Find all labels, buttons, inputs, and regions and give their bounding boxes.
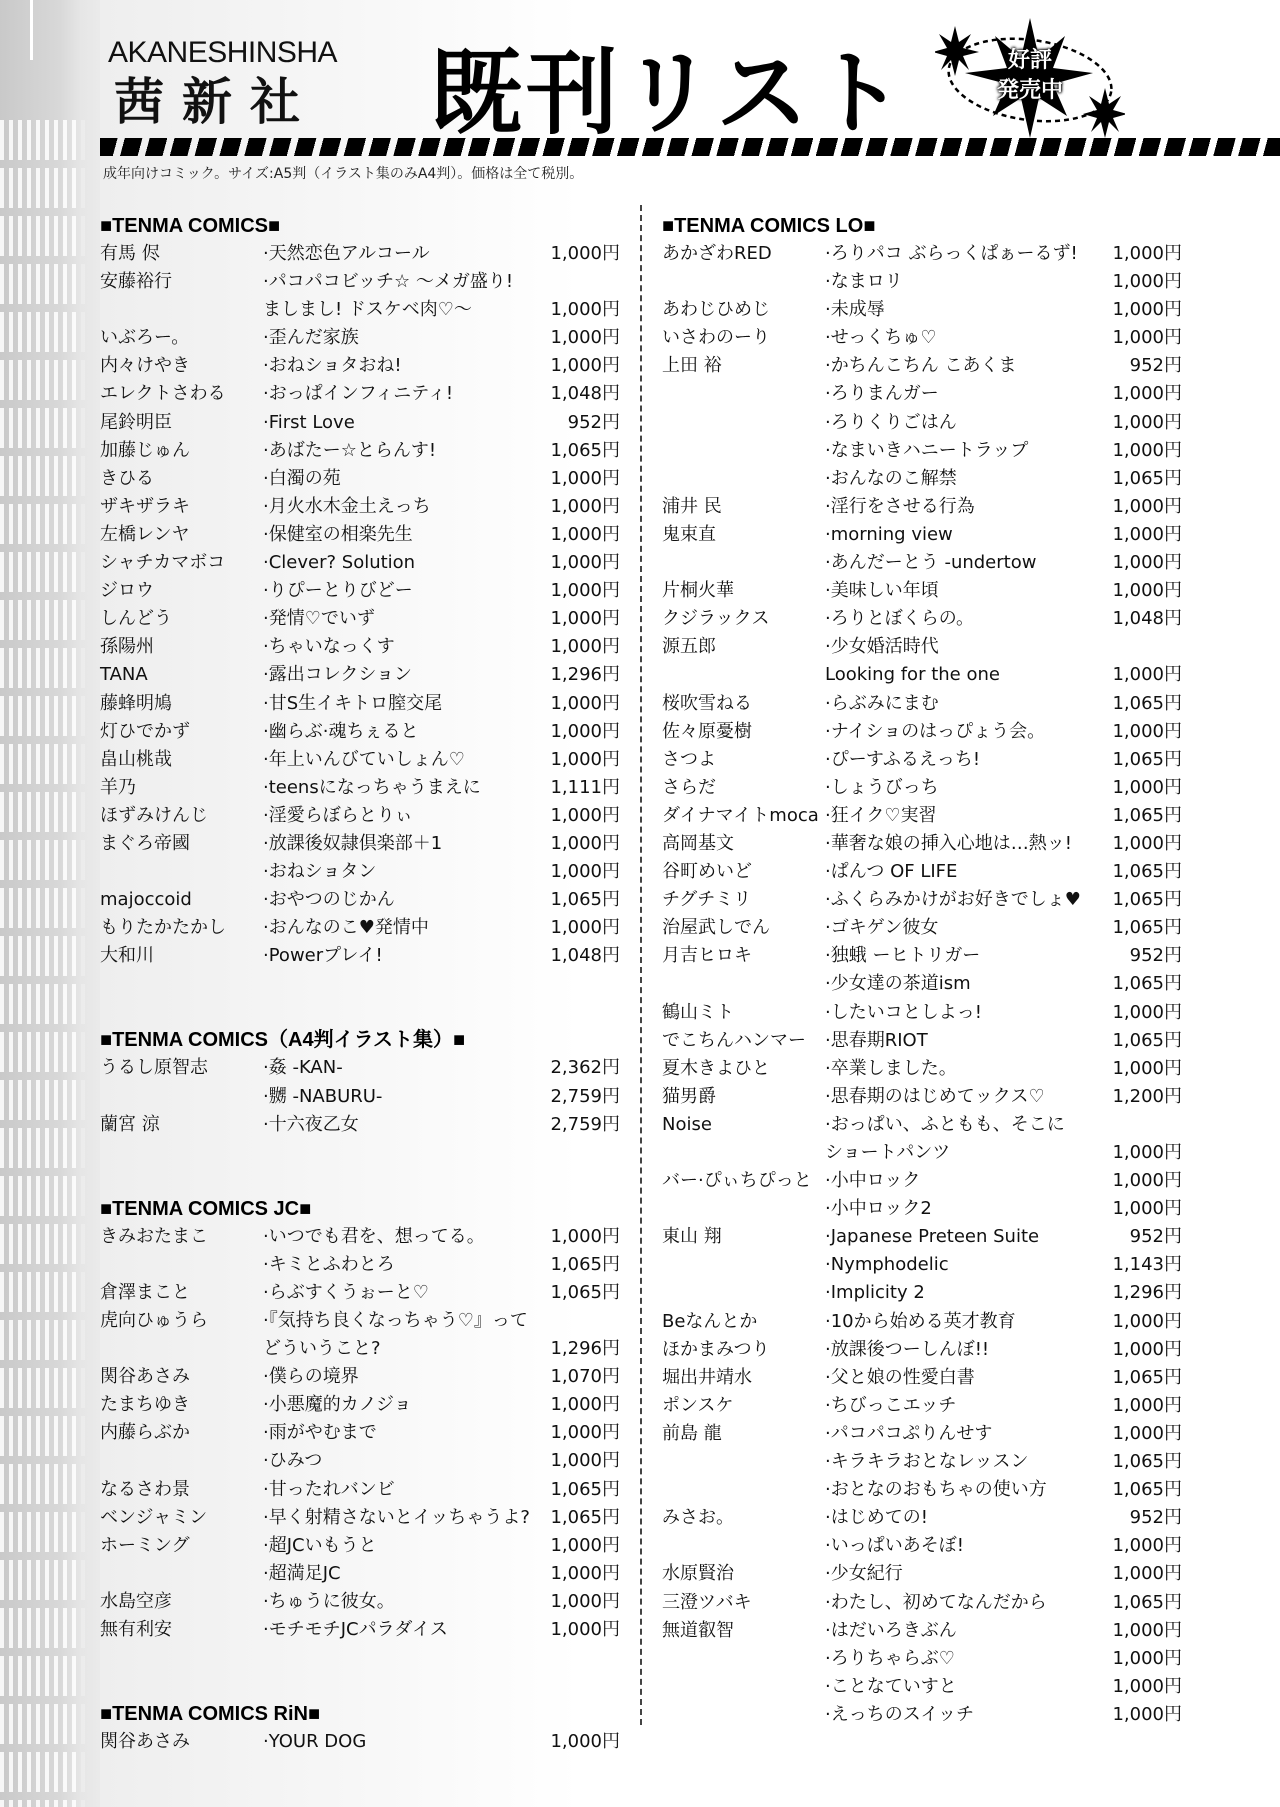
book-price: 952円: [1102, 1504, 1182, 1532]
author-name: [662, 1673, 825, 1701]
book-title: ·美味しい年頃: [825, 577, 1102, 605]
book-title: ·モチモチJCパラダイス: [263, 1616, 540, 1644]
book-title: ·少女紀行: [825, 1560, 1102, 1588]
book-price: 1,000円: [540, 521, 620, 549]
catalog-row: 東山 翔·Japanese Preteen Suite952円: [662, 1223, 1182, 1251]
book-price: 952円: [1102, 942, 1182, 970]
book-price: 1,065円: [1102, 802, 1182, 830]
book-title: ·あんだーとう -undertow: [825, 549, 1102, 577]
catalog-row: シャチカマボコ·Clever? Solution1,000円: [100, 549, 620, 577]
author-name: 関谷あさみ: [100, 1363, 263, 1391]
author-name: 倉澤まこと: [100, 1279, 263, 1307]
book-price: 1,065円: [1102, 465, 1182, 493]
catalog-row: きみおたまこ·いつでも君を、想ってる。1,000円: [100, 1223, 620, 1251]
book-price: 952円: [1102, 352, 1182, 380]
book-price: 1,065円: [540, 886, 620, 914]
catalog-row: 無有利安·モチモチJCパラダイス1,000円: [100, 1616, 620, 1644]
book-title: ·歪んだ家族: [263, 324, 540, 352]
book-title: ·姦 -KAN-: [263, 1054, 540, 1082]
catalog-row: ·おんなのこ解禁1,065円: [662, 465, 1182, 493]
author-name: [662, 1476, 825, 1504]
book-price: 2,759円: [540, 1111, 620, 1139]
book-title: ましまし! ドスケベ肉♡～: [263, 296, 540, 324]
author-name: 上田 裕: [662, 352, 825, 380]
author-name: 蘭宮 涼: [100, 1111, 263, 1139]
catalog-row: 猫男爵·思春期のはじめてックス♡1,200円: [662, 1083, 1182, 1111]
book-price: 2,759円: [540, 1083, 620, 1111]
book-title: ·かちんこちん こあくま: [825, 352, 1102, 380]
book-price: 1,000円: [540, 549, 620, 577]
catalog-row: もりたかたかし·おんなのこ♥発情中1,000円: [100, 914, 620, 942]
author-name: 鬼束直: [662, 521, 825, 549]
book-title: ·パコパコぷりんせす: [825, 1420, 1102, 1448]
book-price: 1,065円: [1102, 858, 1182, 886]
book-price: 1,000円: [540, 352, 620, 380]
author-name: きひる: [100, 465, 263, 493]
author-name: ポンスケ: [662, 1392, 825, 1420]
catalog-section: ■TENMA COMICS■有馬 侭·天然恋色アルコール1,000円安藤裕行·パ…: [100, 212, 620, 970]
book-title: Looking for the one: [825, 661, 1102, 689]
author-name: 内藤らぶか: [100, 1419, 263, 1447]
author-name: [662, 549, 825, 577]
book-price: 1,065円: [1102, 746, 1182, 774]
catalog-row: ·小中ロック21,000円: [662, 1195, 1182, 1223]
book-title: ·少女婚活時代: [825, 633, 1102, 661]
book-price: [1102, 633, 1182, 661]
book-title: ·10から始める英才教育: [825, 1308, 1102, 1336]
book-price: 1,000円: [540, 830, 620, 858]
book-price: 1,000円: [1102, 240, 1182, 268]
left-column: ■TENMA COMICS■有馬 侭·天然恋色アルコール1,000円安藤裕行·パ…: [100, 212, 620, 1756]
author-name: [100, 1251, 263, 1279]
author-name: [662, 380, 825, 408]
author-name: majoccoid: [100, 886, 263, 914]
author-name: ダイナマイトmoca: [662, 802, 825, 830]
book-price: [1102, 1111, 1182, 1139]
book-title: ·なまロリ: [825, 268, 1102, 296]
author-name: ほかまみつり: [662, 1336, 825, 1364]
book-title: ·おんなのこ解禁: [825, 465, 1102, 493]
book-price: 1,000円: [1102, 1617, 1182, 1645]
book-price: 1,200円: [1102, 1083, 1182, 1111]
book-price: 1,111円: [540, 774, 620, 802]
book-price: 1,000円: [1102, 380, 1182, 408]
author-name: ザキザラキ: [100, 493, 263, 521]
catalog-row: でこちんハンマー·思春期RIOT1,065円: [662, 1027, 1182, 1055]
author-name: 加藤じゅん: [100, 437, 263, 465]
book-title: ·年上いんびていしょん♡: [263, 746, 540, 774]
catalog-row: 関谷あさみ·僕らの境界1,070円: [100, 1363, 620, 1391]
catalog-row: 羊乃·teensになっちゃうまえに1,111円: [100, 774, 620, 802]
book-title: ·ろりまんガー: [825, 380, 1102, 408]
book-title: ·はじめての!: [825, 1504, 1102, 1532]
catalog-row: 水原賢治·少女紀行1,000円: [662, 1560, 1182, 1588]
catalog-row: 畠山桃哉·年上いんびていしょん♡1,000円: [100, 746, 620, 774]
author-name: 無道叡智: [662, 1617, 825, 1645]
book-price: 1,000円: [540, 1560, 620, 1588]
book-title: ·あばたー☆とらんす!: [263, 437, 540, 465]
section-title: ■TENMA COMICS LO■: [662, 212, 1182, 240]
book-title: ·少女達の茶道ism: [825, 970, 1102, 998]
book-price: 1,000円: [1102, 830, 1182, 858]
author-name: 水原賢治: [662, 1560, 825, 1588]
book-title: ·小中ロック: [825, 1167, 1102, 1195]
catalog-row: ·ひみつ1,000円: [100, 1447, 620, 1475]
book-price: 1,065円: [540, 1251, 620, 1279]
author-name: [100, 1083, 263, 1111]
book-title: ·キミとふわとろ: [263, 1251, 540, 1279]
author-name: 畠山桃哉: [100, 746, 263, 774]
book-price: 1,000円: [540, 240, 620, 268]
publisher-name-ja: 茜新社: [114, 62, 318, 134]
catalog-row: うるし原智志·姦 -KAN-2,362円: [100, 1054, 620, 1082]
book-price: 1,000円: [1102, 577, 1182, 605]
book-title: ·保健室の相楽先生: [263, 521, 540, 549]
author-name: みさお。: [662, 1504, 825, 1532]
author-name: Beなんとか: [662, 1308, 825, 1336]
book-title: ·YOUR DOG: [263, 1728, 540, 1756]
catalog-row: 上田 裕·かちんこちん こあくま952円: [662, 352, 1182, 380]
book-title: ショートパンツ: [825, 1139, 1102, 1167]
book-title: ·幽らぶ·魂ちぇると: [263, 718, 540, 746]
catalog-row: 無道叡智·はだいろきぶん1,000円: [662, 1617, 1182, 1645]
book-price: 1,000円: [540, 1532, 620, 1560]
book-price: 1,065円: [1102, 970, 1182, 998]
author-name: 水島空彦: [100, 1588, 263, 1616]
author-name: TANA: [100, 661, 263, 689]
author-name: [662, 1139, 825, 1167]
author-name: 関谷あさみ: [100, 1728, 263, 1756]
book-price: [540, 1307, 620, 1335]
book-title: ·ちびっこエッチ: [825, 1392, 1102, 1420]
book-price: 1,000円: [540, 1588, 620, 1616]
book-price: 1,048円: [540, 942, 620, 970]
section-spacer: [100, 1644, 620, 1700]
author-name: 東山 翔: [662, 1223, 825, 1251]
book-title: ·露出コレクション: [263, 661, 540, 689]
author-name: うるし原智志: [100, 1054, 263, 1082]
author-name: いぶろー。: [100, 324, 263, 352]
catalog-row: 浦井 民·淫行をさせる行為1,000円: [662, 493, 1182, 521]
catalog-row: 鶴山ミト·したいコとしよっ!1,000円: [662, 999, 1182, 1027]
book-title: ·おっぱい、ふともも、そこに: [825, 1111, 1102, 1139]
author-name: [662, 1645, 825, 1673]
catalog-row: エレクトさわる·おっぱインフィニティ!1,048円: [100, 380, 620, 408]
book-price: 1,065円: [540, 1504, 620, 1532]
book-title: ·ろりとぼくらの。: [825, 605, 1102, 633]
catalog-row: いさわのーり·せっくちゅ♡1,000円: [662, 324, 1182, 352]
author-name: [662, 1532, 825, 1560]
catalog-row: 孫陽州·ちゃいなっくす1,000円: [100, 633, 620, 661]
catalog-row: 堀出井靖水·父と娘の性愛白書1,065円: [662, 1364, 1182, 1392]
catalog-row: 有馬 侭·天然恋色アルコール1,000円: [100, 240, 620, 268]
author-name: 谷町めいど: [662, 858, 825, 886]
book-title: ·父と娘の性愛白書: [825, 1364, 1102, 1392]
right-column: ■TENMA COMICS LO■あかざわRED·ろりパコ ぶらっくぱぁーるず!…: [662, 212, 1182, 1729]
book-price: 1,000円: [1102, 324, 1182, 352]
book-title: ·おっぱインフィニティ!: [263, 380, 540, 408]
book-price: 1,000円: [1102, 1673, 1182, 1701]
book-price: 1,000円: [1102, 296, 1182, 324]
catalog-row: まぐろ帝國·放課後奴隷倶楽部＋11,000円: [100, 830, 620, 858]
catalog-row: 三澄ツバキ·わたし、初めてなんだから1,065円: [662, 1589, 1182, 1617]
author-name: 大和川: [100, 942, 263, 970]
author-name: [662, 1448, 825, 1476]
book-title: ·わたし、初めてなんだから: [825, 1589, 1102, 1617]
book-title: ·雨がやむまで: [263, 1419, 540, 1447]
book-price: 1,048円: [1102, 605, 1182, 633]
author-name: 孫陽州: [100, 633, 263, 661]
author-name: 安藤裕行: [100, 268, 263, 296]
catalog-row: ジロウ·りぴーとりびどー1,000円: [100, 577, 620, 605]
author-name: 源五郎: [662, 633, 825, 661]
author-name: [100, 1560, 263, 1588]
book-price: 1,000円: [540, 690, 620, 718]
book-title: ·おねショタン: [263, 858, 540, 886]
book-title: ·超満足JC: [263, 1560, 540, 1588]
author-name: さらだ: [662, 774, 825, 802]
book-title: ·ぴーすふるえっち!: [825, 746, 1102, 774]
book-price: 1,000円: [1102, 437, 1182, 465]
catalog-row: ·超満足JC1,000円: [100, 1560, 620, 1588]
author-name: まぐろ帝國: [100, 830, 263, 858]
book-title: ·Nymphodelic: [825, 1251, 1102, 1279]
book-title: ·放課後つーしんぼ!!: [825, 1336, 1102, 1364]
catalog-row: 蘭宮 涼·十六夜乙女2,759円: [100, 1111, 620, 1139]
book-title: ·甘ったれバンビ: [263, 1476, 540, 1504]
author-name: しんどう: [100, 605, 263, 633]
catalog-row: TANA·露出コレクション1,296円: [100, 661, 620, 689]
catalog-row: ポンスケ·ちびっこエッチ1,000円: [662, 1392, 1182, 1420]
catalog-row: ·キミとふわとろ1,065円: [100, 1251, 620, 1279]
book-title: ·キラキラおとなレッスン: [825, 1448, 1102, 1476]
author-name: エレクトさわる: [100, 380, 263, 408]
author-name: 前島 龍: [662, 1420, 825, 1448]
book-price: 1,000円: [1102, 1645, 1182, 1673]
book-price: 1,143円: [1102, 1251, 1182, 1279]
dashed-separator: [100, 138, 1280, 156]
catalog-section: ■TENMA COMICS（A4判イラスト集）■うるし原智志·姦 -KAN-2,…: [100, 1026, 620, 1138]
book-price: 1,296円: [540, 1335, 620, 1363]
catalog-row: さつよ·ぴーすふるえっち!1,065円: [662, 746, 1182, 774]
book-price: 952円: [540, 409, 620, 437]
book-price: 1,000円: [540, 296, 620, 324]
author-name: Noise: [662, 1111, 825, 1139]
book-price: 1,296円: [540, 661, 620, 689]
book-price: 1,065円: [1102, 914, 1182, 942]
author-name: 猫男爵: [662, 1083, 825, 1111]
author-name: [662, 1279, 825, 1307]
catalog-row: どういうこと?1,296円: [100, 1335, 620, 1363]
section-spacer: [100, 970, 620, 1026]
author-name: 月吉ヒロキ: [662, 942, 825, 970]
author-name: 虎向ひゅうら: [100, 1307, 263, 1335]
author-name: 桜吹雪ねる: [662, 690, 825, 718]
catalog-row: ダイナマイトmoca·狂イク♡実習1,065円: [662, 802, 1182, 830]
catalog-row: ベンジャミン·早く射精さないとイッちゃうよ?1,065円: [100, 1504, 620, 1532]
book-title: ·早く射精さないとイッちゃうよ?: [263, 1504, 540, 1532]
catalog-row: しんどう·発情♡でいず1,000円: [100, 605, 620, 633]
catalog-row: 前島 龍·パコパコぷりんせす1,000円: [662, 1420, 1182, 1448]
author-name: 羊乃: [100, 774, 263, 802]
author-name: シャチカマボコ: [100, 549, 263, 577]
author-name: [662, 1701, 825, 1729]
book-price: 1,000円: [540, 1223, 620, 1251]
book-title: ·卒業しました。: [825, 1055, 1102, 1083]
catalog-section: ■TENMA COMICS LO■あかざわRED·ろりパコ ぶらっくぱぁーるず!…: [662, 212, 1182, 1729]
author-name: [662, 437, 825, 465]
book-title: ·teensになっちゃうまえに: [263, 774, 540, 802]
book-title: ·僕らの境界: [263, 1363, 540, 1391]
book-price: 1,000円: [1102, 1139, 1182, 1167]
catalog-row: さらだ·しょうびっち1,000円: [662, 774, 1182, 802]
book-price: 1,000円: [1102, 1055, 1182, 1083]
book-title: ·ひみつ: [263, 1447, 540, 1475]
catalog-section: ■TENMA COMICS JC■きみおたまこ·いつでも君を、想ってる。1,00…: [100, 1195, 620, 1644]
catalog-row: 治屋武しでん·ゴキゲン彼女1,065円: [662, 914, 1182, 942]
author-name: 尾鈴明臣: [100, 409, 263, 437]
book-price: 1,000円: [1102, 1167, 1182, 1195]
author-name: 治屋武しでん: [662, 914, 825, 942]
catalog-row: ·なまロリ1,000円: [662, 268, 1182, 296]
book-title: ·発情♡でいず: [263, 605, 540, 633]
catalog-row: 大和川·Powerプレイ!1,048円: [100, 942, 620, 970]
catalog-row: 桜吹雪ねる·らぶみにまむ1,065円: [662, 690, 1182, 718]
book-title: ·パコパコビッチ☆ ～メガ盛り!: [263, 268, 540, 296]
book-title: ·せっくちゅ♡: [825, 324, 1102, 352]
author-name: もりたかたかし: [100, 914, 263, 942]
book-price: 1,000円: [540, 1391, 620, 1419]
author-name: 有馬 侭: [100, 240, 263, 268]
book-title: ·Japanese Preteen Suite: [825, 1223, 1102, 1251]
book-price: 1,000円: [1102, 1336, 1182, 1364]
catalog-row: Looking for the one1,000円: [662, 661, 1182, 689]
book-price: 1,000円: [540, 802, 620, 830]
section-title: ■TENMA COMICS RiN■: [100, 1700, 620, 1728]
now-on-sale-badge: 好評 発売中: [935, 18, 1125, 138]
catalog-row: 尾鈴明臣·First Love952円: [100, 409, 620, 437]
page-header: AKANESHINSHA 茜新社 既刊リスト 好評 発売中 成年向けコミック。サ…: [0, 0, 1280, 200]
book-price: 1,065円: [540, 437, 620, 465]
author-name: きみおたまこ: [100, 1223, 263, 1251]
book-price: 1,000円: [540, 914, 620, 942]
catalog-row: ·嬲 -NABURU-2,759円: [100, 1083, 620, 1111]
book-title: ·らぶみにまむ: [825, 690, 1102, 718]
book-price: 1,000円: [540, 324, 620, 352]
catalog-row: majoccoid·おやつのじかん1,065円: [100, 886, 620, 914]
catalog-row: 虎向ひゅうら·『気持ち良くなっちゃう♡』って: [100, 1307, 620, 1335]
catalog-row: ·キラキラおとなレッスン1,065円: [662, 1448, 1182, 1476]
book-price: 1,065円: [1102, 1027, 1182, 1055]
author-name: あかざわRED: [662, 240, 825, 268]
section-title: ■TENMA COMICS■: [100, 212, 620, 240]
book-title: ·白濁の苑: [263, 465, 540, 493]
book-price: 1,000円: [1102, 661, 1182, 689]
book-title: ·Clever? Solution: [263, 549, 540, 577]
author-name: [662, 409, 825, 437]
book-price: 1,000円: [1102, 1560, 1182, 1588]
book-price: 1,000円: [1102, 774, 1182, 802]
author-name: ほずみけんじ: [100, 802, 263, 830]
catalog-row: ·少女達の茶道ism1,065円: [662, 970, 1182, 998]
section-spacer: [100, 1139, 620, 1195]
book-price: 1,000円: [540, 633, 620, 661]
catalog-row: 鬼束直·morning view1,000円: [662, 521, 1182, 549]
book-title: ·十六夜乙女: [263, 1111, 540, 1139]
catalog-row: ホーミング·超JCいもうと1,000円: [100, 1532, 620, 1560]
author-name: さつよ: [662, 746, 825, 774]
book-title: ·思春期のはじめてックス♡: [825, 1083, 1102, 1111]
book-title: ·おとなのおもちゃの使い方: [825, 1476, 1102, 1504]
book-price: 1,000円: [1102, 1392, 1182, 1420]
book-title: ·しょうびっち: [825, 774, 1102, 802]
book-title: ·ふくらみかけがお好きでしょ♥: [825, 886, 1102, 914]
book-price: 1,000円: [1102, 1420, 1182, 1448]
book-price: 1,000円: [1102, 1195, 1182, 1223]
book-title: ·ことなていすと: [825, 1673, 1102, 1701]
author-name: バー·ぴぃちぴっと: [662, 1167, 825, 1195]
author-name: 左橋レンヤ: [100, 521, 263, 549]
book-price: 1,000円: [540, 493, 620, 521]
book-title: ·ちゅうに彼女。: [263, 1588, 540, 1616]
catalog-row: 左橋レンヤ·保健室の相楽先生1,000円: [100, 521, 620, 549]
book-title: ·おやつのじかん: [263, 886, 540, 914]
book-price: 1,065円: [540, 1279, 620, 1307]
catalog-row: 谷町めいど·ぱんつ OF LIFE1,065円: [662, 858, 1182, 886]
catalog-row: ·おねショタン1,000円: [100, 858, 620, 886]
book-price: 1,000円: [1102, 1532, 1182, 1560]
book-price: 1,065円: [1102, 886, 1182, 914]
catalog-row: 片桐火華·美味しい年頃1,000円: [662, 577, 1182, 605]
book-title: ·ナイショのはっぴょう会。: [825, 718, 1102, 746]
author-name: 藤蜂明鳩: [100, 690, 263, 718]
author-name: ホーミング: [100, 1532, 263, 1560]
book-title: ·おんなのこ♥発情中: [263, 914, 540, 942]
book-title: ·放課後奴隷倶楽部＋1: [263, 830, 540, 858]
book-price: 1,000円: [540, 605, 620, 633]
book-title: ·ちゃいなっくす: [263, 633, 540, 661]
catalog-row: みさお。·はじめての!952円: [662, 1504, 1182, 1532]
author-name: [100, 296, 263, 324]
page-title: 既刊リスト: [430, 20, 908, 152]
book-title: ·Implicity 2: [825, 1279, 1102, 1307]
book-price: 952円: [1102, 1223, 1182, 1251]
catalog-row: なるさわ景·甘ったれバンビ1,065円: [100, 1476, 620, 1504]
book-price: 1,000円: [1102, 1308, 1182, 1336]
book-price: 1,065円: [1102, 1364, 1182, 1392]
author-name: チグチミリ: [662, 886, 825, 914]
catalog-row: ·Nymphodelic1,143円: [662, 1251, 1182, 1279]
book-price: 1,000円: [1102, 521, 1182, 549]
catalog-row: 夏木きよひと·卒業しました。1,000円: [662, 1055, 1182, 1083]
catalog-row: ·あんだーとう -undertow1,000円: [662, 549, 1182, 577]
author-name: 浦井 民: [662, 493, 825, 521]
page-subtitle: 成年向けコミック。サイズ:A5判（イラスト集のみA4判）。価格は全て税別。: [103, 163, 583, 183]
book-title: ·思春期RIOT: [825, 1027, 1102, 1055]
author-name: [662, 268, 825, 296]
book-title: ·独蛾 ーヒトリガー: [825, 942, 1102, 970]
book-title: ·天然恋色アルコール: [263, 240, 540, 268]
book-title: ·華奢な娘の挿入心地は…熱ッ!: [825, 830, 1102, 858]
column-divider: [640, 205, 642, 1725]
book-title: ·ろりパコ ぶらっくぱぁーるず!: [825, 240, 1102, 268]
catalog-row: ほかまみつり·放課後つーしんぼ!!1,000円: [662, 1336, 1182, 1364]
book-title: ·ゴキゲン彼女: [825, 914, 1102, 942]
book-price: 1,000円: [540, 465, 620, 493]
book-price: 1,065円: [1102, 1589, 1182, 1617]
book-title: ·淫愛らぼらとりぃ: [263, 802, 540, 830]
book-price: 1,000円: [540, 858, 620, 886]
